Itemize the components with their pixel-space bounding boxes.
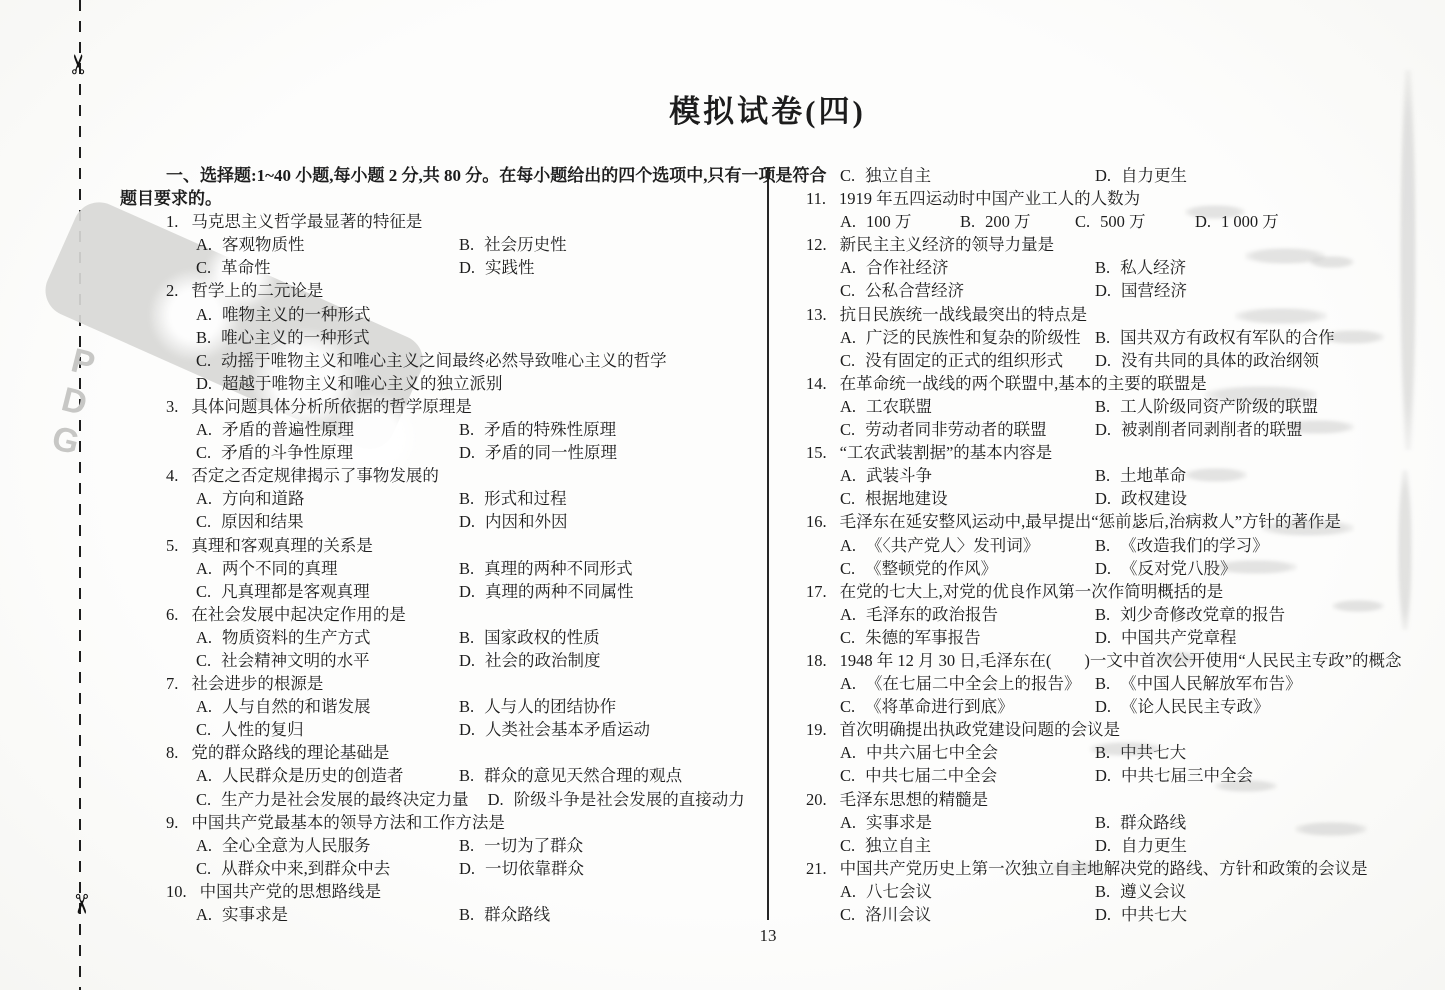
option: D.内因和外因 [459,510,770,533]
question-text: 新民主主义经济的领导力量是 [840,235,1055,254]
option-label: B. [459,628,474,647]
question-number: 2. [166,281,178,300]
options-row: C.朱德的军事报告D.中国共产党章程 [790,626,1410,649]
option: A.矛盾的普遍性原理 [196,418,459,441]
option-text: 矛盾的特殊性原理 [484,420,616,439]
option-label: B. [459,420,474,439]
option-text: 国共双方有政权有军队的合作 [1120,328,1335,347]
option-text: 物质资料的生产方式 [222,628,371,647]
options-row: C.根据地建设D.政权建设 [790,487,1410,510]
option: A.毛泽东的政治报告 [840,603,1095,626]
question-text: 社会进步的根源是 [191,674,323,693]
option: C.公私合营经济 [840,279,1095,302]
option-label: B. [1095,536,1110,555]
cut-dashed-line [79,0,81,990]
options-row: C.独立自主D.自力更生 [790,164,1410,187]
option: C.凡真理都是客观真理 [196,580,459,603]
option-text: 遵义会议 [1120,882,1186,901]
question-text: 党的群众路线的理论基础是 [191,743,389,762]
watermark-pdg-label: P D G [48,340,104,463]
option-text: 100 万 [866,212,911,231]
bleed-through-artifact [1215,780,1277,792]
option: B.人与人的团结协作 [459,695,770,718]
option: A.客观物质性 [196,233,459,256]
option-label: C. [196,651,211,670]
option-text: 朱德的军事报告 [865,628,981,647]
option: C.原因和结果 [196,510,459,533]
option-label: A. [840,882,856,901]
option-text: 矛盾的同一性原理 [485,443,617,462]
option-label: C. [840,628,855,647]
bleed-through-artifact [1185,468,1247,482]
option-text: 内因和外因 [485,512,568,531]
option-label: C. [840,489,855,508]
question-stem: 3.具体问题具体分析所依据的哲学原理是 [120,395,770,418]
question-stem: 2.哲学上的二元论是 [120,279,770,302]
option-label: B. [1095,328,1110,347]
options-row: A.人民群众是历史的创造者B.群众的意见天然合理的观点 [120,764,770,787]
option: D.政权建设 [1095,487,1410,510]
option: B.《中国人民解放军布告》 [1095,672,1410,695]
option-text: 一切依靠群众 [485,859,584,878]
option: A.工农联盟 [840,395,1095,418]
option-text: 《整顿党的作风》 [865,559,997,578]
option-text: 中共六届七中全会 [866,743,998,762]
option: C.人性的复归 [196,718,459,741]
question-text: 在党的七大上,对党的优良作风第一次作简明概括的是 [840,582,1224,601]
question-number: 21. [806,859,827,878]
question-number: 3. [166,397,178,416]
option: C.没有固定的正式的组织形式 [840,349,1095,372]
options-row: C.《将革命进行到底》D.《论人民民主专政》 [790,695,1410,718]
option: C.矛盾的斗争性原理 [196,441,459,464]
question-stem: 17.在党的七大上,对党的优良作风第一次作简明概括的是 [790,580,1410,603]
option-text: 广泛的民族性和复杂的阶级性 [866,328,1081,347]
options-row: C.从群众中来,到群众中去D.一切依靠群众 [120,857,770,880]
option: B.群众的意见天然合理的观点 [459,764,770,787]
option-label: C. [840,697,855,716]
option-label: B. [1095,466,1110,485]
section-instructions-line1: 一、选择题:1~40 小题,每小题 2 分,共 80 分。在每小题给出的四个选项… [120,164,770,187]
option-text: 一切为了群众 [484,836,583,855]
option: A.方向和道路 [196,487,459,510]
options-row: A.实事求是B.群众路线 [120,903,770,926]
question-text: 1919 年五四运动时中国产业工人的人数为 [839,189,1140,208]
option: B.一切为了群众 [459,834,770,857]
option-label: B. [1095,674,1110,693]
option-text: 《中国人民解放军布告》 [1120,674,1302,693]
option-label: C. [196,582,211,601]
option-label: D. [488,790,504,809]
option-label: A. [196,697,212,716]
option-text: 独立自主 [865,836,931,855]
bleed-through-artifact [1215,560,1297,574]
option: C.《整顿党的作风》 [840,557,1095,580]
option: B.形式和过程 [459,487,770,510]
options-row: A.工农联盟B.工人阶级同资产阶级的联盟 [790,395,1410,418]
option: C.中共七届二中全会 [840,764,1095,787]
option: D.国营经济 [1095,279,1410,302]
option-label: C. [840,281,855,300]
options-row: B.唯心主义的一种形式 [120,326,770,349]
option-label: B. [960,212,975,231]
option-label: C. [196,790,211,809]
option: C.500 万 [1075,210,1195,233]
option-text: 公私合营经济 [865,281,964,300]
bleed-through-artifact [1262,520,1354,536]
bleed-through-artifact [1235,308,1327,324]
left-question-list: 1.马克思主义哲学最显著的特征是A.客观物质性B.社会历史性C.革命性D.实践性… [120,210,770,926]
option: B.土地革命 [1095,464,1410,487]
option-text: 群众路线 [484,905,550,924]
option: A.武装斗争 [840,464,1095,487]
option-text: 从群众中来,到群众中去 [221,859,390,878]
option: D.真理的两种不同属性 [459,580,770,603]
options-row: C.革命性D.实践性 [120,256,770,279]
option-label: D. [1095,697,1111,716]
option-label: A. [196,905,212,924]
bleed-through-artifact [1322,330,1384,344]
option-label: A. [196,420,212,439]
options-row: A.《〈共产党人〉发刊词》B.《改造我们的学习》 [790,534,1410,557]
option: C.洛川会议 [840,903,1095,926]
option-label: C. [840,836,855,855]
option: B.矛盾的特殊性原理 [459,418,770,441]
scissors-icon: ✂ [64,48,96,80]
option-text: 毛泽东的政治报告 [866,605,998,624]
options-row: C.公私合营经济D.国营经济 [790,279,1410,302]
option: D.超越于唯物主义和唯心主义的独立派别 [196,374,503,393]
options-row: A.广泛的民族性和复杂的阶级性B.国共双方有政权有军队的合作 [790,326,1410,349]
option-text: 客观物质性 [222,235,305,254]
options-row: C.凡真理都是客观真理D.真理的两种不同属性 [120,580,770,603]
option-label: B. [196,328,211,347]
options-row: C.动摇于唯物主义和唯心主义之间最终必然导致唯心主义的哲学 [120,349,770,372]
option: C.动摇于唯物主义和唯心主义之间最终必然导致唯心主义的哲学 [196,351,667,370]
question-number: 9. [166,813,178,832]
option: D.《论人民民主专政》 [1095,695,1410,718]
bleed-through-artifact [1398,470,1412,630]
question-text: 首次明确提出执政党建设问题的会议是 [840,720,1121,739]
option-label: D. [1095,281,1111,300]
option-text: 《改造我们的学习》 [1120,536,1269,555]
option-label: B. [1095,605,1110,624]
option: D.社会的政治制度 [459,649,770,672]
option-text: 形式和过程 [484,489,567,508]
option: A.实事求是 [196,903,459,926]
option-text: 武装斗争 [866,466,932,485]
option-text: 洛川会议 [865,905,931,924]
page-title: 模拟试卷(四) [90,86,1445,131]
option: A.《〈共产党人〉发刊词》 [840,534,1095,557]
question-number: 8. [166,743,178,762]
scissors-icon: ✂ [64,888,96,920]
option-label: B. [459,766,474,785]
question-number: 10. [166,882,187,901]
option-label: D. [1095,836,1111,855]
option-label: B. [1095,397,1110,416]
option: C.独立自主 [840,834,1095,857]
option-label: C. [196,443,211,462]
question-stem: 18.1948 年 12 月 30 日,毛泽东在( )一文中首次公开使用“人民民… [790,649,1410,672]
option-text: 没有共同的具体的政治纲领 [1121,351,1319,370]
options-row: C.没有固定的正式的组织形式D.没有共同的具体的政治纲领 [790,349,1410,372]
option-label: B. [459,489,474,508]
option-text: 真理的两种不同属性 [485,582,634,601]
option-text: 根据地建设 [865,489,948,508]
option: D.人类社会基本矛盾运动 [459,718,770,741]
option-text: 中国共产党章程 [1121,628,1237,647]
question-number: 19. [806,720,827,739]
bleed-through-artifact [1332,600,1384,612]
option: C.生产力是社会发展的最终决定力量 [196,788,469,811]
question-number: 4. [166,466,178,485]
option-text: 被剥削者同剥削者的联盟 [1121,420,1303,439]
question-text: 中国共产党历史上第一次独立自主地解决党的路线、方针和政策的会议是 [840,859,1368,878]
option-label: C. [196,512,211,531]
option: B.《改造我们的学习》 [1095,534,1410,557]
question-stem: 1.马克思主义哲学最显著的特征是 [120,210,770,233]
bleed-through-artifact [1295,822,1367,836]
options-row: A.《在七届二中全会上的报告》B.《中国人民解放军布告》 [790,672,1410,695]
option-label: A. [840,258,856,277]
right-column: C.独立自主D.自力更生11.1919 年五四运动时中国产业工人的人数为A.10… [790,164,1410,926]
options-row: A.毛泽东的政治报告B.刘少奇修改党章的报告 [790,603,1410,626]
options-row: A.客观物质性B.社会历史性 [120,233,770,256]
option-label: C. [840,766,855,785]
question-number: 17. [806,582,827,601]
bleed-through-artifact [1050,862,1102,874]
option-label: D. [459,443,475,462]
question-stem: 11.1919 年五四运动时中国产业工人的人数为 [790,187,1410,210]
option-label: C. [840,905,855,924]
options-row: A.武装斗争B.土地革命 [790,464,1410,487]
option-text: 社会的政治制度 [485,651,601,670]
option-text: 国营经济 [1121,281,1187,300]
option-label: D. [1095,628,1111,647]
options-row: C.人性的复归D.人类社会基本矛盾运动 [120,718,770,741]
option-text: 社会历史性 [484,235,567,254]
option-label: D. [1095,905,1111,924]
option-label: B. [459,905,474,924]
option-label: A. [196,559,212,578]
option-label: D. [459,859,475,878]
question-number: 5. [166,536,178,555]
bleed-through-artifact [1400,70,1416,450]
option-label: A. [840,212,856,231]
option-label: A. [196,489,212,508]
option-text: 动摇于唯物主义和唯心主义之间最终必然导致唯心主义的哲学 [221,351,667,370]
option: B.唯心主义的一种形式 [196,328,370,347]
option-label: D. [1095,166,1111,185]
options-row: A.全心全意为人民服务B.一切为了群众 [120,834,770,857]
option-text: 500 万 [1100,212,1145,231]
option-text: 中共七大 [1121,905,1187,924]
option-label: C. [196,720,211,739]
option: B.国家政权的性质 [459,626,770,649]
question-text: 真理和客观真理的关系是 [191,536,373,555]
option: C.《将革命进行到底》 [840,695,1095,718]
option-text: 人类社会基本矛盾运动 [485,720,650,739]
option-text: 群众的意见天然合理的观点 [484,766,682,785]
question-text: 在革命统一战线的两个联盟中,基本的主要的联盟是 [840,374,1207,393]
option-label: A. [196,628,212,647]
options-row: C.矛盾的斗争性原理D.矛盾的同一性原理 [120,441,770,464]
option-label: B. [1095,882,1110,901]
options-row: A.唯物主义的一种形式 [120,303,770,326]
question-number: 18. [806,651,827,670]
option: B.群众路线 [459,903,770,926]
option-label: A. [840,674,856,693]
options-row: C.独立自主D.自力更生 [790,834,1410,857]
option-label: D. [459,512,475,531]
option-text: 《将革命进行到底》 [865,697,1014,716]
bleed-through-artifact [1090,742,1162,756]
option-label: C. [1075,212,1090,231]
option-text: 土地革命 [1120,466,1186,485]
option: D.被剥削者同剥削者的联盟 [1095,418,1410,441]
question-number: 14. [806,374,827,393]
option-label: B. [459,697,474,716]
question-number: 13. [806,305,827,324]
option-text: 原因和结果 [221,512,304,531]
option-text: 200 万 [985,212,1030,231]
option: D.自力更生 [1095,834,1410,857]
option: D.中国共产党章程 [1095,626,1410,649]
option: D.中共七大 [1095,903,1410,926]
option-text: 唯心主义的一种形式 [221,328,370,347]
option-text: 合作社经济 [866,258,949,277]
options-row: C.中共七届二中全会D.中共七届三中全会 [790,764,1410,787]
question-text: 具体问题具体分析所依据的哲学原理是 [191,397,472,416]
question-number: 20. [806,790,827,809]
option: A.全心全意为人民服务 [196,834,459,857]
right-question-list: C.独立自主D.自力更生11.1919 年五四运动时中国产业工人的人数为A.10… [790,164,1410,926]
option-label: A. [196,305,212,324]
option-text: 阶级斗争是社会发展的直接动力 [514,790,745,809]
option-label: B. [459,836,474,855]
option: D.阶级斗争是社会发展的直接动力 [488,788,745,811]
option: A.两个不同的真理 [196,557,459,580]
option: A.实事求是 [840,811,1095,834]
question-stem: 4.否定之否定规律揭示了事物发展的 [120,464,770,487]
question-text: 哲学上的二元论是 [191,281,323,300]
option-label: A. [196,766,212,785]
option-label: D. [459,582,475,601]
option: B.200 万 [960,210,1075,233]
option: B.社会历史性 [459,233,770,256]
option-label: C. [196,351,211,370]
question-stem: 10.中国共产党的思想路线是 [120,880,770,903]
option: C.从群众中来,到群众中去 [196,857,459,880]
option-label: C. [840,351,855,370]
question-stem: 9.中国共产党最基本的领导方法和工作方法是 [120,811,770,834]
option-text: 中共七届二中全会 [865,766,997,785]
question-stem: 15.“工农武装割据”的基本内容是 [790,441,1410,464]
option: A.唯物主义的一种形式 [196,305,371,324]
option-label: D. [1095,420,1111,439]
option: D.没有共同的具体的政治纲领 [1095,349,1410,372]
option-label: C. [840,166,855,185]
option-text: 刘少奇修改党章的报告 [1120,605,1285,624]
option: A.人民群众是历史的创造者 [196,764,459,787]
question-number: 6. [166,605,178,624]
question-number: 11. [806,189,826,208]
option: A.《在七届二中全会上的报告》 [840,672,1095,695]
option-label: B. [459,559,474,578]
options-row: C.社会精神文明的水平D.社会的政治制度 [120,649,770,672]
question-text: 中国共产党的思想路线是 [200,882,382,901]
option-text: 生产力是社会发展的最终决定力量 [221,790,469,809]
option-label: D. [1095,766,1111,785]
option-text: 人与人的团结协作 [484,697,616,716]
options-row: A.物质资料的生产方式B.国家政权的性质 [120,626,770,649]
option-label: A. [196,836,212,855]
question-text: “工农武装割据”的基本内容是 [840,443,1053,462]
option: D.矛盾的同一性原理 [459,441,770,464]
option: A.八七会议 [840,880,1095,903]
question-stem: 14.在革命统一战线的两个联盟中,基本的主要的联盟是 [790,372,1410,395]
option-text: 实事求是 [222,905,288,924]
option-label: B. [459,235,474,254]
option: A.合作社经济 [840,256,1095,279]
option-text: 实践性 [485,258,535,277]
options-row: A.八七会议B.遵义会议 [790,880,1410,903]
option-text: 真理的两种不同形式 [484,559,633,578]
question-text: 毛泽东思想的精髓是 [840,790,989,809]
option-label: A. [840,605,856,624]
left-column: 一、选择题:1~40 小题,每小题 2 分,共 80 分。在每小题给出的四个选项… [120,164,770,926]
option-text: 方向和道路 [222,489,305,508]
option: C.独立自主 [840,164,1095,187]
question-text: 否定之否定规律揭示了事物发展的 [191,466,439,485]
question-number: 1. [166,212,178,231]
options-row: C.生产力是社会发展的最终决定力量D.阶级斗争是社会发展的直接动力 [120,788,770,811]
option: C.根据地建设 [840,487,1095,510]
option-text: 八七会议 [866,882,932,901]
option-label: D. [459,720,475,739]
question-stem: 7.社会进步的根源是 [120,672,770,695]
bleed-through-artifact [1185,205,1245,219]
bleed-through-artifact [1310,256,1354,268]
option-text: 人与自然的和谐发展 [222,697,371,716]
option: A.100 万 [840,210,960,233]
option-text: 全心全意为人民服务 [222,836,371,855]
question-text: 在社会发展中起决定作用的是 [191,605,406,624]
option: B.遵义会议 [1095,880,1410,903]
option: C.劳动者同非劳动者的联盟 [840,418,1095,441]
option-text: 矛盾的斗争性原理 [221,443,353,462]
option-label: B. [1095,258,1110,277]
question-stem: 6.在社会发展中起决定作用的是 [120,603,770,626]
option-label: D. [459,258,475,277]
option-label: A. [840,813,856,832]
question-stem: 5.真理和客观真理的关系是 [120,534,770,557]
options-row: A.两个不同的真理B.真理的两种不同形式 [120,557,770,580]
option-label: C. [840,559,855,578]
option-text: 革命性 [221,258,271,277]
section-instructions-line2: 题目要求的。 [120,187,770,210]
option-label: A. [840,466,856,485]
question-text: 中国共产党最基本的领导方法和工作方法是 [191,813,505,832]
option-text: 超越于唯物主义和唯心主义的独立派别 [222,374,503,393]
option-text: 凡真理都是客观真理 [221,582,370,601]
option-text: 《〈共产党人〉发刊词》 [866,536,1039,555]
option: D.自力更生 [1095,164,1410,187]
option-text: 私人经济 [1120,258,1186,277]
options-row: A.方向和道路B.形式和过程 [120,487,770,510]
option: C.革命性 [196,256,459,279]
